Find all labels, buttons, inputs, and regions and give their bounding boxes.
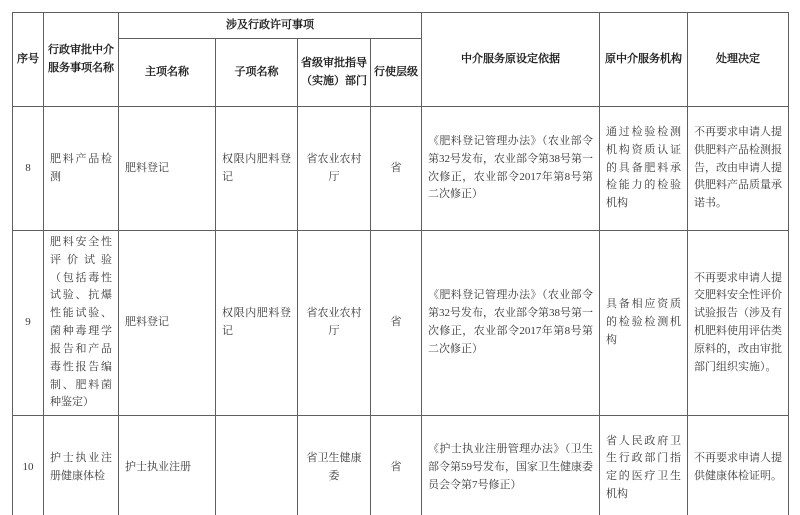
document-page: 序号 行政审批中介服务事项名称 涉及行政许可事项 中介服务原设定依据 原中介服务… <box>0 0 800 515</box>
cell-level: 省 <box>371 416 422 515</box>
table-row: 10 护士执业注册健康体检 护士执业注册 省卫生健康委 省 《护士执业注册管理办… <box>13 416 789 515</box>
cell-dept: 省农业农村厅 <box>298 107 371 231</box>
cell-decision: 不再要求申请人提供健康体检证明。 <box>688 416 789 515</box>
header-seq: 序号 <box>13 13 44 107</box>
header-level: 行使层级 <box>371 39 422 107</box>
header-license-group: 涉及行政许可事项 <box>119 13 422 39</box>
cell-agency: 具备相应资质的检验检测机构 <box>600 231 688 416</box>
cell-dept: 省农业农村厅 <box>298 231 371 416</box>
header-agency: 原中介服务机构 <box>600 13 688 107</box>
cell-basis: 《肥料登记管理办法》（农业部令第32号发布，农业部令第38号第一次修正，农业部令… <box>422 231 600 416</box>
cell-agency: 通过检验检测机构资质认证的具备肥料承检能力的检验机构 <box>600 107 688 231</box>
header-sub-item: 子项名称 <box>216 39 298 107</box>
cell-service-name: 肥料产品检测 <box>44 107 119 231</box>
cell-sub-item: 权限内肥料登记 <box>216 231 298 416</box>
header-service-name: 行政审批中介服务事项名称 <box>44 13 119 107</box>
table-row: 9 肥料安全性评价试验（包括毒性试验、抗爆性能试验、菌种毒理学报告和产品毒性报告… <box>13 231 789 416</box>
cell-decision: 不再要求申请人提交肥料安全性评价试验报告（涉及有机肥料使用评估类原料的，改由审批… <box>688 231 789 416</box>
cell-seq: 9 <box>13 231 44 416</box>
cell-basis: 《肥料登记管理办法》（农业部令第32号发布，农业部令第38号第一次修正，农业部令… <box>422 107 600 231</box>
header-main-item: 主项名称 <box>119 39 216 107</box>
cell-seq: 10 <box>13 416 44 515</box>
cell-service-name: 肥料安全性评价试验（包括毒性试验、抗爆性能试验、菌种毒理学报告和产品毒性报告编制… <box>44 231 119 416</box>
cell-level: 省 <box>371 231 422 416</box>
header-basis: 中介服务原设定依据 <box>422 13 600 107</box>
cell-agency: 省人民政府卫生行政部门指定的医疗卫生机构 <box>600 416 688 515</box>
cell-basis: 《护士执业注册管理办法》（卫生部令第59号发布，国家卫生健康委员会令第7号修正） <box>422 416 600 515</box>
header-decision: 处理决定 <box>688 13 789 107</box>
cell-main-item: 肥料登记 <box>119 107 216 231</box>
header-dept: 省级审批指导（实施）部门 <box>298 39 371 107</box>
cell-seq: 8 <box>13 107 44 231</box>
approval-items-table: 序号 行政审批中介服务事项名称 涉及行政许可事项 中介服务原设定依据 原中介服务… <box>12 12 789 515</box>
cell-sub-item <box>216 416 298 515</box>
cell-level: 省 <box>371 107 422 231</box>
cell-dept: 省卫生健康委 <box>298 416 371 515</box>
cell-service-name: 护士执业注册健康体检 <box>44 416 119 515</box>
cell-sub-item: 权限内肥料登记 <box>216 107 298 231</box>
cell-decision: 不再要求申请人提供肥料产品检测报告，改由申请人提供肥料产品质量承诺书。 <box>688 107 789 231</box>
table-row: 8 肥料产品检测 肥料登记 权限内肥料登记 省农业农村厅 省 《肥料登记管理办法… <box>13 107 789 231</box>
cell-main-item: 肥料登记 <box>119 231 216 416</box>
cell-main-item: 护士执业注册 <box>119 416 216 515</box>
